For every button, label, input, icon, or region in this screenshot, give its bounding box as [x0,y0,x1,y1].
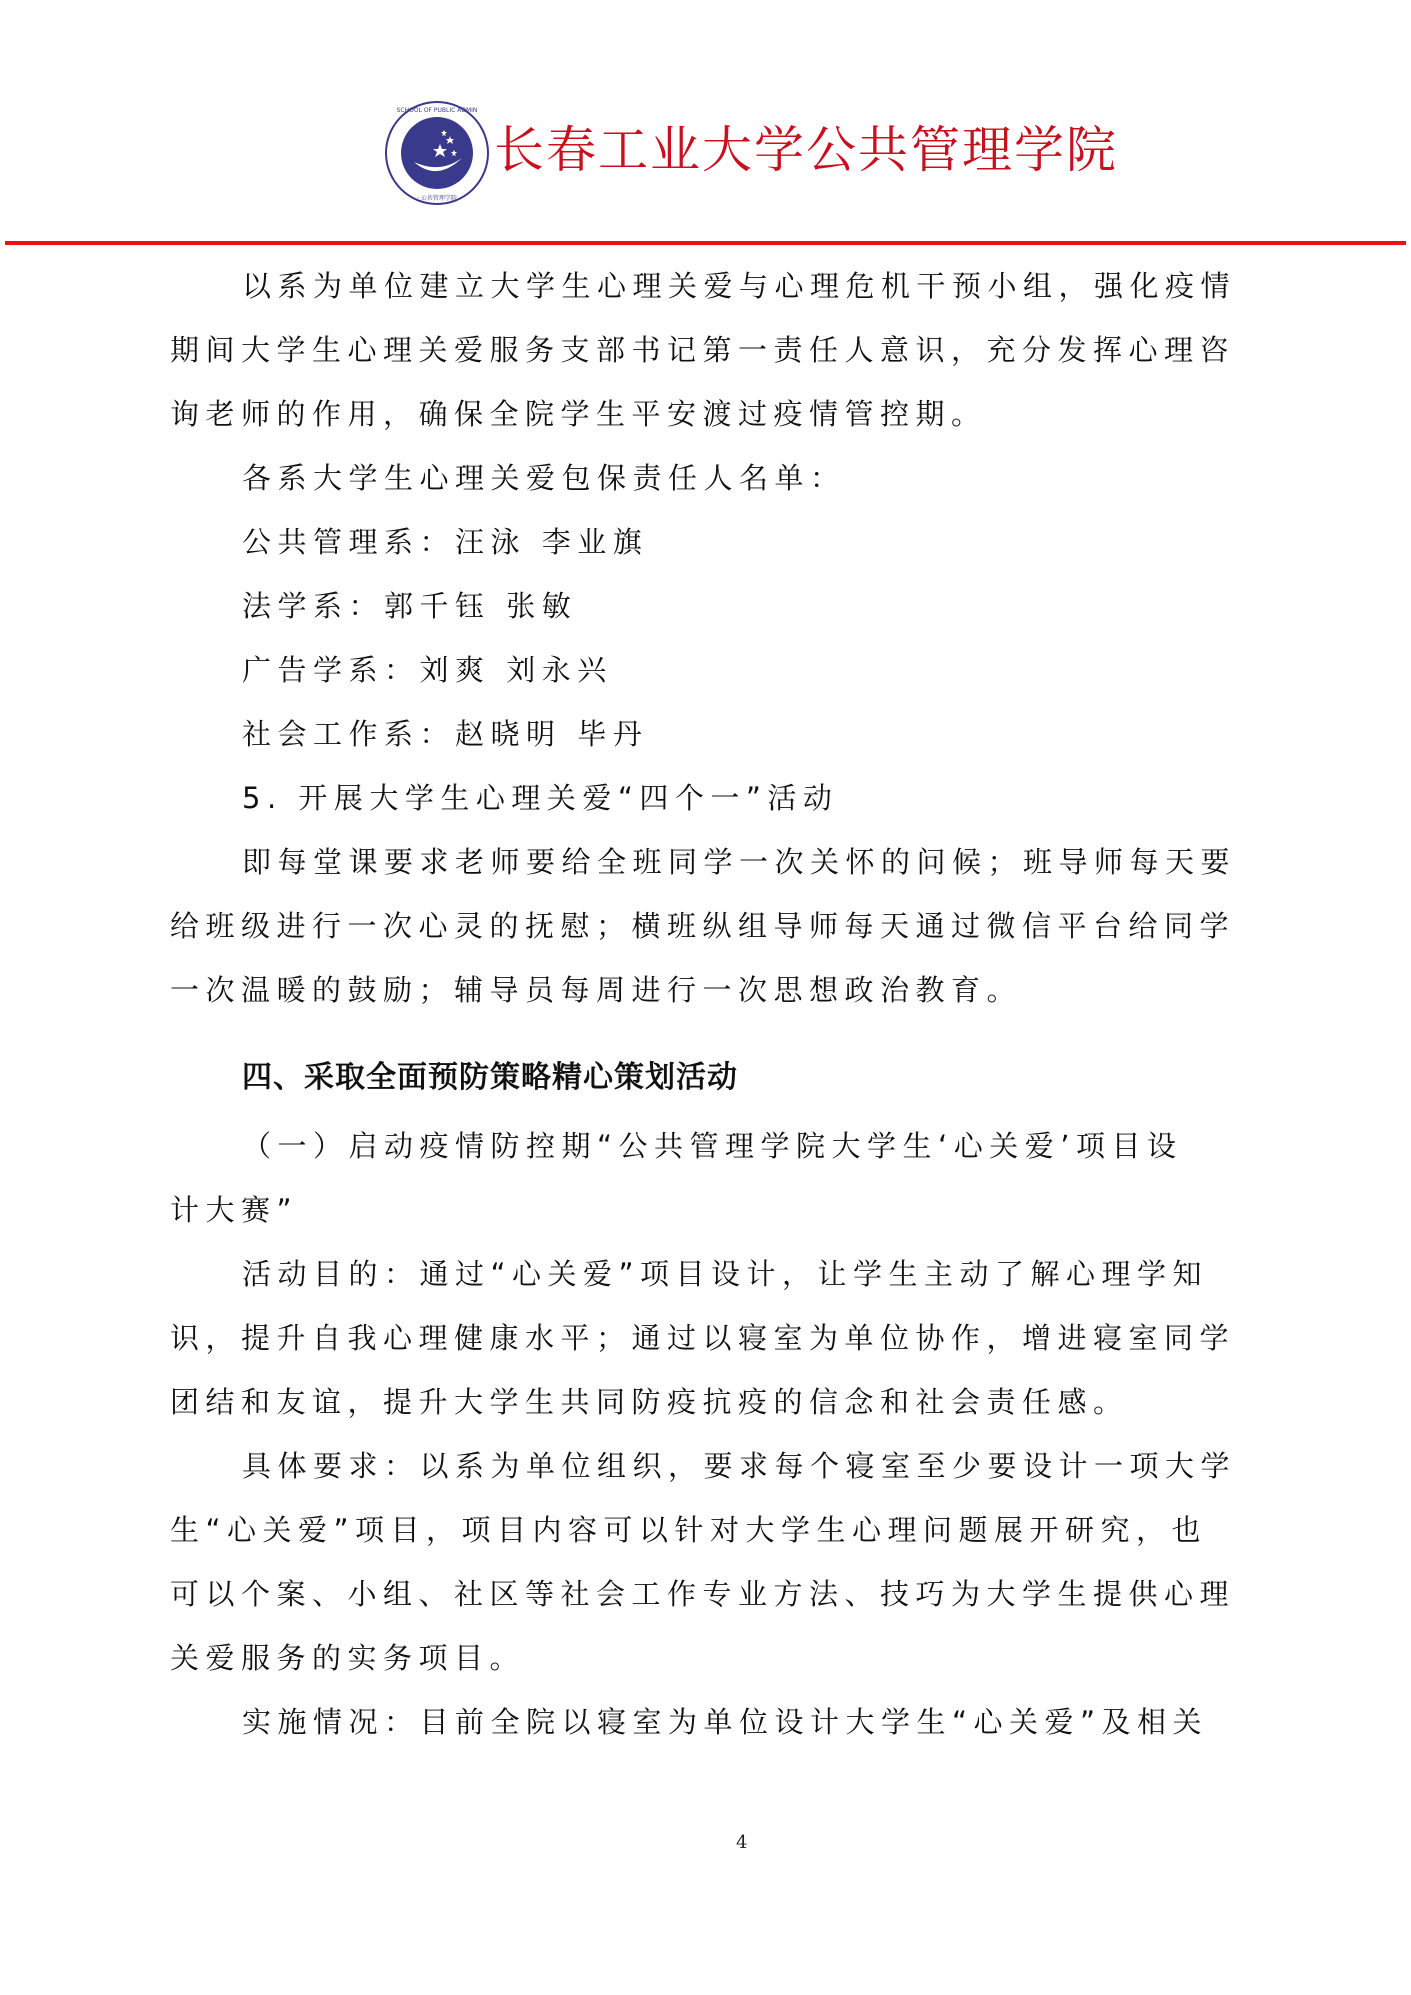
paragraph-line: 给班级进行一次心灵的抚慰；横班纵组导师每天通过微信平台给同学 [170,894,1240,958]
section-heading: 四、采取全面预防策略精心策划活动 [170,1046,1240,1110]
subsection-heading: 计大赛” [170,1178,1240,1242]
paragraph-line: 即每堂课要求老师要给全班同学一次关怀的问候；班导师每天要 [170,830,1240,894]
header-divider [5,241,1406,245]
paragraph-line: 以系为单位建立大学生心理关爱与心理危机干预小组，强化疫情 [170,254,1240,318]
department-contact-line: 法学系：郭千钰 张敏 [170,574,1240,638]
department-contact-line: 广告学系：刘爽 刘永兴 [170,638,1240,702]
paragraph-line: 活动目的：通过“心关爱”项目设计，让学生主动了解心理学知 [170,1242,1240,1306]
document-body-continued: （一）启动疫情防控期“公共管理学院大学生‘心关爱’项目设 计大赛” 活动目的：通… [170,1114,1240,1754]
paragraph-line: 关爱服务的实务项目。 [170,1626,1240,1690]
paragraph-line: 具体要求：以系为单位组织，要求每个寝室至少要设计一项大学 [170,1434,1240,1498]
department-contact-line: 公共管理系：汪泳 李业旗 [170,510,1240,574]
section-heading-block: 四、采取全面预防策略精心策划活动 [170,1046,1240,1110]
subsection-heading: （一）启动疫情防控期“公共管理学院大学生‘心关爱’项目设 [170,1114,1240,1178]
school-emblem-icon: SCHOOL OF PUBLIC ADMIN · 公共管理学院 [384,100,490,206]
numbered-item-heading: 5. 开展大学生心理关爱“四个一”活动 [170,766,1240,830]
paragraph-line: 生“心关爱”项目，项目内容可以针对大学生心理问题展开研究，也 [170,1498,1240,1562]
paragraph-line: 期间大学生心理关爱服务支部书记第一责任人意识，充分发挥心理咨 [170,318,1240,382]
page-number: 4 [736,1832,747,1853]
paragraph-line: 一次温暖的鼓励；辅导员每周进行一次思想政治教育。 [170,958,1240,1022]
paragraph-line: 询老师的作用，确保全院学生平安渡过疫情管控期。 [170,382,1240,446]
department-contact-line: 社会工作系：赵晓明 毕丹 [170,702,1240,766]
paragraph-line: 各系大学生心理关爱包保责任人名单： [170,446,1240,510]
paragraph-line: 团结和友谊，提升大学生共同防疫抗疫的信念和社会责任感。 [170,1370,1240,1434]
document-header-title: 长春工业大学公共管理学院 [494,110,1118,190]
document-body: 以系为单位建立大学生心理关爱与心理危机干预小组，强化疫情 期间大学生心理关爱服务… [170,254,1240,1022]
svg-text:SCHOOL OF PUBLIC ADMIN: SCHOOL OF PUBLIC ADMIN [397,107,478,114]
paragraph-line: 可以个案、小组、社区等社会工作专业方法、技巧为大学生提供心理 [170,1562,1240,1626]
paragraph-line: 识，提升自我心理健康水平；通过以寝室为单位协作，增进寝室同学 [170,1306,1240,1370]
paragraph-line: 实施情况：目前全院以寝室为单位设计大学生“心关爱”及相关 [170,1690,1240,1754]
svg-text:· 公共管理学院: · 公共管理学院 [417,194,457,202]
